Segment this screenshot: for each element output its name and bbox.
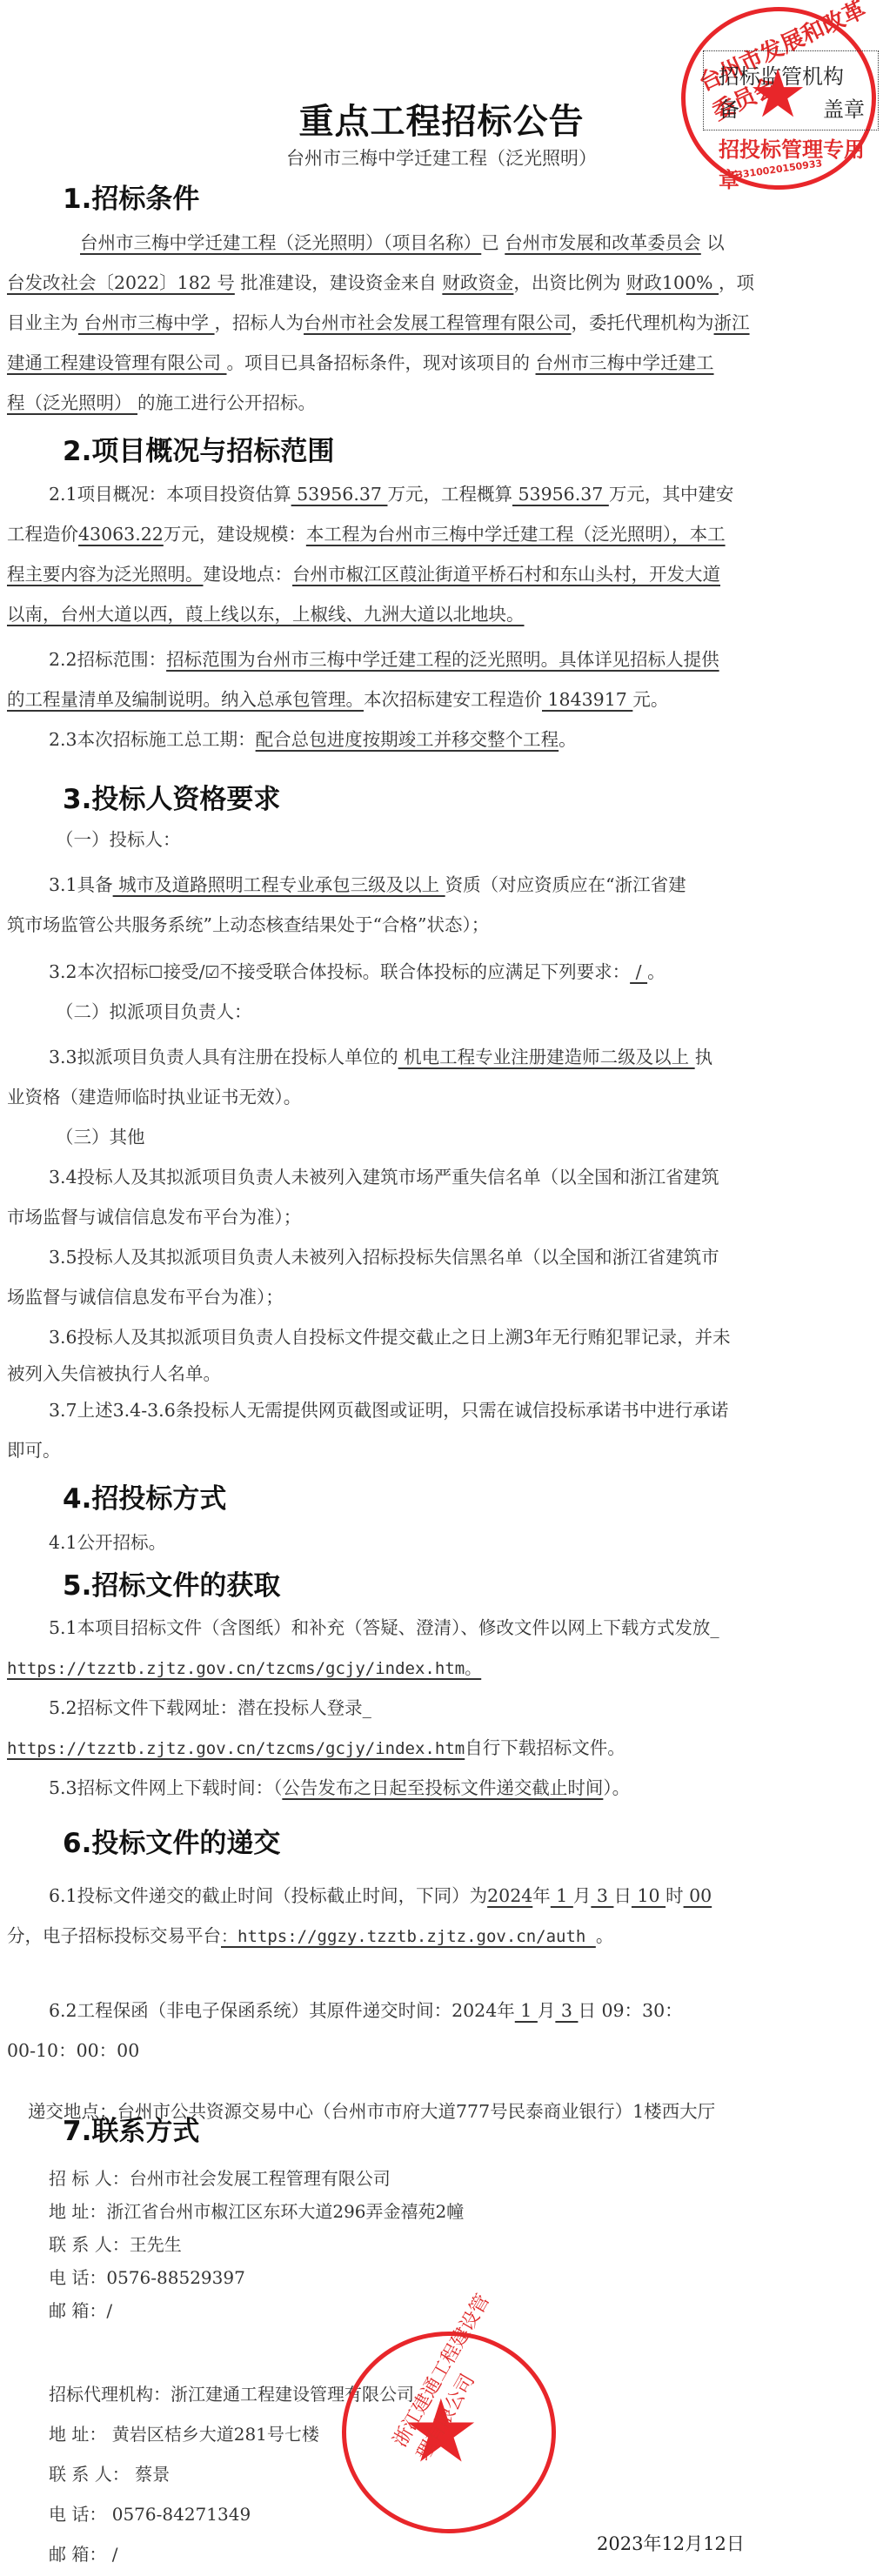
manager-qualification: 机电工程专业注册建造师二级及以上 (398, 1047, 695, 1067)
text: 自行下载招标文件。 (465, 1737, 625, 1758)
section-6-body: 6.1投标文件递交的截止时间（投标截止时间，下同）为2024年 1 月 3 日 … (7, 1876, 864, 2131)
text: 已 (481, 232, 505, 253)
guarantee-month: 1 (515, 2000, 538, 2021)
construction-location: 台州市椒江区葭沚街道平桥石村和东山头村，开发大道 (292, 564, 720, 585)
text: ）。 (603, 1777, 630, 1798)
consortium-requirement: / (630, 961, 647, 982)
text: 分，电子招标投标交易平台 (7, 1925, 221, 1946)
deadline-minute: 00 (684, 1885, 712, 1906)
p31-line-2: 筑市场监管公共服务系统”上动态核查结果处于“合格”状态）； (7, 905, 864, 945)
text: 。项目已具备招标条件，现对该项目的 (227, 352, 536, 373)
p21-line-2: 工程造价43063.22万元，建设规模：本工程为台州市三梅中学迁建工程（泛光照明… (7, 514, 864, 554)
tender-price: 1843917 (542, 689, 632, 710)
contact-label: 地 址： (49, 2424, 106, 2445)
p22-line-1: 2.2招标范围：招标范围为台州市三梅中学迁建工程的泛光照明。具体详见招标人提供 (7, 639, 864, 679)
approval-doc-number: 台发改社会〔2022〕182 号 (7, 272, 235, 293)
p36-line-2: 被列入失信被执行人名单。 (7, 1357, 864, 1390)
p37-line-1: 3.7上述3.4-3.6条投标人无需提供网页截图或证明，只需在诚信投标承诺书中进… (7, 1390, 864, 1430)
p51: 5.1本项目招标文件（含图纸）和补充（答疑、澄清）、修改文件以网上下载方式发放_ (7, 1608, 864, 1648)
construction-scale: 本工程为台州市三梅中学迁建工程（泛光照明），本工 (306, 524, 726, 545)
deadline-month: 1 (551, 1885, 573, 1906)
section-2-body: 2.1项目概况：本项目投资估算 53956.37 万元，工程概算 53956.3… (7, 474, 864, 759)
text: ，委托代理机构为 (572, 312, 714, 333)
p62-line-2: 00-10：00：00 (7, 2031, 864, 2071)
s1-line-2: 台发改社会〔2022〕182 号 批准建设，建设资金来自 财政资金，出资比例为 … (7, 263, 864, 303)
section-5-body: 5.1本项目招标文件（含图纸）和补充（答疑、澄清）、修改文件以网上下载方式发放_… (7, 1608, 864, 1808)
tender-scope: 招标范围为台州市三梅中学迁建工程的泛光照明。具体详见招标人提供 (166, 649, 719, 670)
s1-line-4: 建通工程建设管理有限公司 。项目已具备招标条件，现对该项目的 台州市三梅中学迁建… (7, 343, 864, 383)
contact-value: 0576-88529397 (106, 2267, 244, 2288)
text: 2.3本次招标施工总工期： (49, 729, 256, 750)
project-budget: 53956.37 (512, 484, 609, 505)
p22-line-2: 的工程量清单及编制说明。纳入总承包管理。本次招标建安工程造价 1843917 元… (7, 679, 864, 719)
p35-line-1: 3.5投标人及其拟派项目负责人未被列入招标投标失信黑名单（以全国和浙江省建筑市 (7, 1237, 864, 1277)
construction-scale-cont: 程主要内容为泛光照明。 (7, 564, 204, 585)
contact-value: 台州市社会发展工程管理有限公司 (130, 2168, 391, 2189)
accept-consortium-checkbox[interactable]: ☐ (149, 963, 164, 982)
contact-label: 招 标 人： (49, 2162, 130, 2195)
text: 3.1具备 (49, 874, 113, 895)
text: 时 (666, 1885, 684, 1906)
download-period: 公告发布之日起至投标文件递交截止时间 (282, 1777, 603, 1798)
agency-name-part1: 浙江 (714, 312, 750, 333)
text: 。 (596, 1925, 614, 1946)
p21-line-3: 程主要内容为泛光照明。建设地点：台州市椒江区葭沚街道平桥石村和东山头村，开发大道 (7, 554, 864, 594)
contact-label: 招标代理机构： (49, 2384, 171, 2405)
funding-source: 财政资金 (442, 272, 513, 293)
p35-line-2: 场监督与诚信信息发布平台为准）； (7, 1277, 864, 1317)
text: 以 (701, 232, 725, 253)
text: 万元，工程概算 (387, 484, 512, 505)
contact-label: 电 话： (49, 2261, 106, 2294)
subsection-other: （三）其他 (7, 1117, 864, 1157)
p36-line-1: 3.6投标人及其拟派项目负责人自投标文件提交截止之日上溯3年无行贿犯罪记录，并未 (7, 1317, 864, 1357)
contact-label: 地 址： (49, 2195, 106, 2228)
p21-line-4: 以南，台州大道以西，葭上线以东，上椒线、九洲大道以北地块。 (7, 594, 864, 634)
p21-line-1: 2.1项目概况：本项目投资估算 53956.37 万元，工程概算 53956.3… (7, 474, 864, 514)
p34-line-2: 市场监督与诚信信息发布平台为准）； (7, 1197, 864, 1237)
download-link[interactable]: https://tzztb.zjtz.gov.cn/tzcms/gcjy/ind… (7, 1739, 465, 1758)
guarantee-day: 3 (555, 2000, 578, 2021)
p33-line-2: 业资格（建造师临时执业证书无效）。 (7, 1077, 864, 1117)
project-name-part2: 程（泛光照明） (7, 392, 137, 413)
investment-estimate: 53956.37 (291, 484, 388, 505)
p41: 4.1公开招标。 (7, 1522, 864, 1562)
tender-scope-cont: 的工程量清单及编制说明。纳入总承包管理。 (7, 689, 364, 710)
text: ，出资比例为 (513, 272, 626, 293)
contact-label: 邮 箱： (49, 2544, 106, 2565)
contact-label: 联 系 人： (49, 2228, 130, 2261)
contact-value: 王先生 (130, 2234, 182, 2255)
p37-line-2: 即可。 (7, 1430, 864, 1470)
contact-value: / (106, 2544, 117, 2565)
tender-announcement-page: 台州市发展和改革委员会 招标监管机构 备 盖章 ★ 招投标管理专用章 33100… (0, 0, 883, 2576)
text: 年 (532, 1885, 551, 1906)
construction-cost: 43063.22 (78, 524, 164, 545)
subsection-bidder: （一）投标人： (7, 820, 864, 860)
section-6-heading: 6.投标文件的递交 (63, 1821, 280, 1860)
text: 不接受联合体投标。联合体投标的应满足下列要求： (220, 961, 631, 982)
text: 批准建设，建设资金来自 (235, 272, 443, 293)
contact-label: 电 话： (49, 2504, 106, 2525)
text: 。 (647, 961, 666, 982)
s1-line-1: 台州市三梅中学迁建工程（泛光照明）（项目名称）已 台州市发展和改革委员会 以 (7, 223, 864, 263)
section-3-body: （一）投标人： 3.1具备 城市及道路照明工程专业承包三级及以上 资质（对应资质… (7, 820, 864, 1470)
approval-authority: 台州市发展和改革委员会 (505, 232, 701, 253)
contact-value: 蔡景 (130, 2464, 170, 2485)
text: 3.3拟派项目负责人具有注册在投标人单位的 (49, 1047, 398, 1067)
deadline-day: 3 (591, 1885, 613, 1906)
section-7-heading: 7.联系方式 (63, 2109, 199, 2148)
text: 。 (559, 729, 577, 750)
contact-row: 邮 箱： / (49, 2538, 414, 2571)
text: 2.1项目概况：本项目投资估算 (49, 484, 291, 505)
text: 的施工进行公开招标。 (137, 392, 316, 413)
p61-line-2: 分，电子招标投标交易平台：https://ggzy.tzztb.zjtz.gov… (7, 1916, 864, 1956)
text: 元。 (632, 689, 668, 710)
text: 2.2招标范围： (49, 649, 166, 670)
p62-line-1: 6.2工程保函（非电子保函系统）其原件递交时间：2024年 1 月 3 日 09… (7, 1991, 864, 2031)
text: 6.2工程保函（非电子保函系统）其原件递交时间：2024年 (49, 2000, 515, 2021)
required-qualification: 城市及道路照明工程专业承包三级及以上 (113, 874, 445, 895)
section-3-heading: 3.投标人资格要求 (63, 777, 280, 816)
text: 3.2本次招标 (49, 961, 149, 982)
contact-label: 邮 箱： (49, 2294, 106, 2327)
p61-line-1: 6.1投标文件递交的截止时间（投标截止时间，下同）为2024年 1 月 3 日 … (7, 1876, 864, 1916)
section-4-body: 4.1公开招标。 (7, 1522, 864, 1562)
text: 资质（对应资质应在“浙江省建 (445, 874, 686, 895)
project-owner: 台州市三梅中学 (78, 312, 215, 333)
p52: 5.2招标文件下载网址：潜在投标人登录_ (7, 1688, 864, 1728)
text: 目业主为 (7, 312, 78, 333)
section-1-heading: 1.招标条件 (63, 177, 199, 216)
contact-value: 0576-84271349 (106, 2504, 251, 2525)
contact-row: 联 系 人：王先生 (49, 2228, 464, 2261)
contact-value: 浙江省台州市椒江区东环大道296弄金禧苑2幢 (106, 2201, 464, 2222)
deadline-hour: 10 (632, 1885, 666, 1906)
p32: 3.2本次招标☐接受/☑不接受联合体投标。联合体投标的应满足下列要求： / 。 (7, 952, 864, 992)
deadline-year: 2024 (487, 1885, 532, 1906)
page-subtitle: 台州市三梅中学迁建工程（泛光照明） (0, 144, 883, 171)
section-1-body: 台州市三梅中学迁建工程（泛光照明）（项目名称）已 台州市发展和改革委员会 以 台… (7, 223, 864, 423)
section-5-heading: 5.招标文件的获取 (63, 1563, 280, 1602)
project-name-part1: 台州市三梅中学迁建工 (536, 352, 714, 373)
text: 5.3招标文件网上下载时间：（ (49, 1777, 282, 1798)
text: 日 09：30： (578, 2000, 682, 2021)
contact-row: 电 话： 0576-84271349 (49, 2498, 414, 2531)
contact-label: 联 系 人： (49, 2464, 130, 2485)
contact-value: / (106, 2300, 112, 2321)
tenderer-name: 台州市社会发展工程管理有限公司 (304, 312, 572, 333)
p23: 2.3本次招标施工总工期：配合总包进度按期竣工并移交整个工程。 (7, 719, 864, 759)
contact-row: 招 标 人：台州市社会发展工程管理有限公司 (49, 2162, 464, 2195)
p53: 5.3招标文件网上下载时间：（公告发布之日起至投标文件递交截止时间）。 (7, 1768, 864, 1808)
text: 万元，其中建安 (609, 484, 734, 505)
funding-ratio: 财政100% (626, 272, 719, 293)
text: 月 (538, 2000, 556, 2021)
announcement-date: 2023年12月12日 (597, 2530, 745, 2556)
p33-line-1: 3.3拟派项目负责人具有注册在投标人单位的 机电工程专业注册建造师二级及以上 执 (7, 1037, 864, 1077)
text: 接受/ (164, 961, 205, 982)
contact-row: 电 话：0576-88529397 (49, 2261, 464, 2294)
text: 工程造价 (7, 524, 78, 545)
contact-value: 黄岩区桔乡大道281号七楼 (106, 2424, 319, 2445)
contact-row: 邮 箱：/ (49, 2294, 464, 2327)
text: ，招标人为 (215, 312, 304, 333)
agency-name-part2: 建通工程建设管理有限公司 (7, 352, 227, 373)
contact-row: 地 址：浙江省台州市椒江区东环大道296弄金禧苑2幢 (49, 2195, 464, 2228)
section-2-heading: 2.项目概况与招标范围 (63, 429, 334, 468)
project-name: 台州市三梅中学迁建工程（泛光照明）（项目名称） (80, 232, 481, 253)
reject-consortium-checkbox[interactable]: ☑ (205, 963, 220, 982)
text: 本次招标建安工程造价 (364, 689, 542, 710)
tenderer-contact-block: 招 标 人：台州市社会发展工程管理有限公司 地 址：浙江省台州市椒江区东环大道2… (49, 2162, 464, 2327)
text: 建设地点： (204, 564, 293, 585)
text: 万元，建设规模： (164, 524, 306, 545)
section-4-heading: 4.招投标方式 (63, 1476, 226, 1515)
page-title: 重点工程招标公告 (0, 94, 883, 144)
text: 6.1投标文件递交的截止时间（投标截止时间，下同）为 (49, 1885, 487, 1906)
p34-line-1: 3.4投标人及其拟派项目负责人未被列入建筑市场严重失信名单（以全国和浙江省建筑 (7, 1157, 864, 1197)
s1-line-5: 程（泛光照明） 的施工进行公开招标。 (7, 383, 864, 423)
bid-docs-link[interactable]: https://tzztb.zjtz.gov.cn/tzcms/gcjy/ind… (7, 1659, 481, 1678)
p31-line-1: 3.1具备 城市及道路照明工程专业承包三级及以上 资质（对应资质应在“浙江省建 (7, 865, 864, 905)
s1-line-3: 目业主为 台州市三梅中学 ，招标人为台州市社会发展工程管理有限公司，委托代理机构… (7, 303, 864, 343)
platform-link[interactable]: ：https://ggzy.tzztb.zjtz.gov.cn/auth (221, 1927, 596, 1946)
text: 日 (613, 1885, 632, 1906)
construction-period: 配合总包进度按期竣工并移交整个工程 (256, 729, 559, 750)
subsection-project-manager: （二）拟派项目负责人： (7, 992, 864, 1032)
construction-location-cont: 以南，台州大道以西，葭上线以东，上椒线、九洲大道以北地块。 (7, 604, 525, 625)
text: ，项 (719, 272, 754, 293)
text: 执 (695, 1047, 713, 1067)
text: 月 (573, 1885, 592, 1906)
